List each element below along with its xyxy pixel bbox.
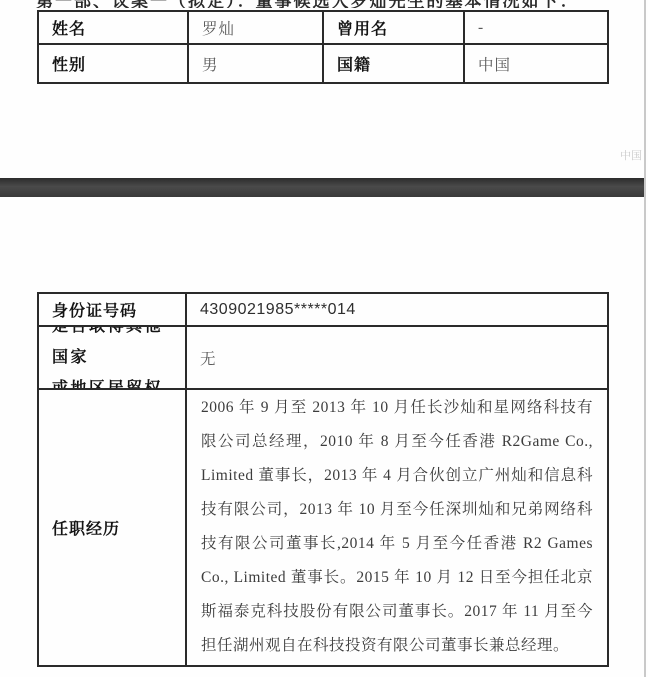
profile-name-value-cell: 罗灿 (189, 12, 322, 43)
career-value: 2006 年 9 月至 2013 年 10 月任长沙灿和星网络科技有限公司总经理… (201, 391, 593, 663)
former-name-value: - (478, 19, 484, 37)
screenshot-edge-line (644, 0, 646, 677)
profile-name-label-cell: 姓名 (39, 12, 187, 43)
residency-label-line1: 是否取得其他国家 (52, 327, 172, 373)
profile-formername-label-cell: 曾用名 (324, 12, 463, 43)
profile-nationality-value-cell: 中国 (465, 45, 607, 82)
detail-table: 身份证号码 4309021985*****014 是否取得其他国家 或地区居留权… (37, 292, 609, 667)
nationality-label: 国籍 (337, 52, 371, 75)
residency-label: 是否取得其他国家 或地区居留权 (52, 327, 172, 388)
id-number-label-cell: 身份证号码 (39, 294, 185, 325)
id-number-value-cell: 4309021985*****014 (187, 294, 607, 325)
clipped-heading-text: 第一部、议案一（拟定）：董事候选人罗灿先生的基本情况如下： (36, 0, 611, 8)
residency-label-cell: 是否取得其他国家 或地区居留权 (39, 327, 185, 388)
profile-gender-label-cell: 性别 (39, 45, 187, 82)
career-label: 任职经历 (52, 516, 120, 539)
page-separator-bar (0, 178, 645, 197)
former-name-label: 曾用名 (337, 16, 388, 39)
gender-value: 男 (202, 53, 219, 75)
residency-label-line2: 或地区居留权 (52, 373, 172, 388)
profile-gender-value-cell: 男 (189, 45, 322, 82)
name-value: 罗灿 (202, 17, 235, 39)
residency-value: 无 (200, 347, 217, 369)
id-number-label: 身份证号码 (52, 298, 137, 321)
career-value-cell: 2006 年 9 月至 2013 年 10 月任长沙灿和星网络科技有限公司总经理… (187, 390, 607, 665)
id-number-value: 4309021985*****014 (200, 301, 356, 319)
residency-value-cell: 无 (187, 327, 607, 388)
gender-label: 性别 (52, 52, 86, 75)
document-page: 第一部、议案一（拟定）：董事候选人罗灿先生的基本情况如下： 姓名 罗灿 曾用名 … (0, 0, 648, 677)
nationality-value: 中国 (478, 53, 511, 75)
name-label: 姓名 (52, 16, 86, 39)
profile-formername-value-cell: - (465, 12, 607, 43)
profile-nationality-label-cell: 国籍 (324, 45, 463, 82)
profile-table: 姓名 罗灿 曾用名 - 性别 男 国籍 中国 (37, 10, 609, 84)
watermark-fragment: 中国 (620, 150, 646, 176)
career-label-cell: 任职经历 (39, 390, 185, 665)
clipped-heading: 第一部、议案一（拟定）：董事候选人罗灿先生的基本情况如下： (36, 0, 611, 8)
